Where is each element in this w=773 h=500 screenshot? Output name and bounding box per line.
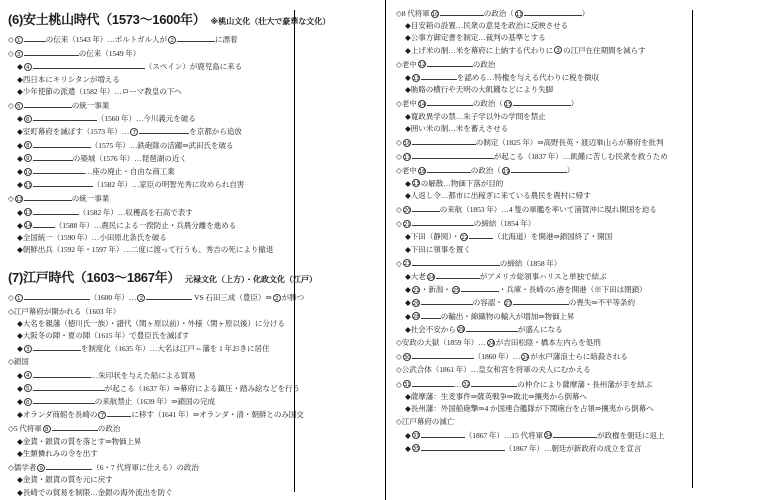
text-run: の政治	[98, 424, 120, 433]
text-run: ◆少年使節の派遣（1582 年）…ローマ教皇の下へ	[17, 87, 182, 96]
text-run: の統一事業	[72, 101, 109, 110]
worksheet-line: ◇23の締結（1858 年）	[396, 257, 690, 270]
text-run: （6・7 代将軍に仕える）の政治	[92, 463, 199, 472]
text-run: ◆	[17, 221, 23, 230]
worksheet-line: ◇17が起こる（1837 年）…飢饉に苦しむ民衆を救うため	[396, 150, 690, 163]
text-run: VS 石田三成（豊臣）⇒	[192, 293, 271, 302]
right-page-right-border	[692, 10, 693, 488]
text-run: …座の廃止・自由な商工業	[85, 167, 175, 176]
text-run: ・新潟・	[421, 285, 451, 294]
text-run: ◆目安箱の設置…民衆の意見を政治に反映させる	[405, 21, 568, 30]
section-heading-row: (6)安土桃山時代（1573～1600年）※桃山文化（壮大で豪華な文化）	[8, 9, 294, 29]
worksheet-line: ◆寛政異学の禁…朱子学以外の学問を禁止	[396, 111, 690, 123]
worksheet-line: ◆長州藩：外国船砲撃⇒4 か国連合艦隊が下関砲台を占領⇒攘夷から倒幕へ	[396, 403, 690, 415]
text-run: が盛んになる	[518, 325, 563, 334]
worksheet-line: ◆6の来航禁止（1639 年）⇒鎖国の完成	[8, 395, 294, 408]
fill-in-blank	[33, 219, 55, 228]
worksheet-line: ◆4…朱印状を与えた船による貿易	[8, 369, 294, 382]
text-run: の築城（1576 年）…琵琶湖の近く	[73, 154, 187, 163]
circled-number: 3	[554, 46, 562, 54]
worksheet-line: ◇江戸幕府が開かれる（1603 年）	[8, 306, 294, 318]
text-run: ◆賄賂の横行や天明の大飢饉などにより失脚	[405, 85, 553, 94]
text-run: （1860 年）…	[474, 352, 521, 361]
fill-in-blank	[412, 217, 474, 226]
worksheet-line: ◆9の築城（1576 年）…琵琶湖の近く	[8, 152, 294, 165]
text-run: の政治	[473, 60, 495, 69]
text-run: ）	[582, 9, 590, 18]
text-run: を制度化（1635 年）…大名は江戸⇔藩を 1 年おきに居住	[81, 344, 270, 353]
text-run: ◇安政の大獄（1859 年）…	[396, 338, 486, 347]
circled-number: 14	[418, 100, 426, 108]
circled-number: 11	[24, 181, 32, 189]
text-run: （北海道）を開港⇒鎖国終了・開国	[493, 232, 612, 241]
text-run: ◇	[8, 49, 14, 58]
text-run: ◆公事方御定書を制定…裁判の基準とする	[405, 33, 546, 42]
text-run: が勝つ	[282, 293, 304, 302]
worksheet-line: ◆公事方御定書を制定…裁判の基準とする	[396, 32, 690, 44]
text-run: ◆	[405, 312, 411, 321]
text-run: ◇老中	[396, 99, 417, 108]
text-run: が水戸藩浪士らに暗殺される	[530, 352, 627, 361]
fill-in-blank	[139, 125, 189, 134]
right-page-column: ◇8 代将軍10の政治（11）◆目安箱の設置…民衆の意見を政治に反映させる◆公事…	[396, 6, 690, 455]
text-run: の締結（1858 年）	[500, 259, 562, 268]
text-run: ◆寛政異学の禁…朱子学以外の学問を禁止	[405, 112, 546, 121]
circled-number: 24	[487, 339, 495, 347]
circled-number: 21	[403, 220, 411, 228]
text-run: が吉田松陰・橋本左内らを処刑	[496, 338, 601, 347]
text-run: ◆	[405, 298, 411, 307]
text-run: ◇	[396, 138, 402, 147]
fill-in-blank	[421, 429, 465, 438]
worksheet-line: ◆朝鮮出兵（1592 年・1597 年）…二度に渡って行うも、秀吉の死により撤退	[8, 244, 294, 256]
circled-number: 24	[427, 273, 435, 281]
worksheet-line: ◆下田に領事を置く	[396, 244, 690, 256]
worksheet-line: ◇21の締結（1854 年）	[396, 217, 690, 230]
text-run: （1588 年）…農民による一揆防止・兵農分離を進める	[55, 221, 236, 230]
text-run: ◆	[17, 384, 23, 393]
text-run: ◆	[17, 344, 23, 353]
text-run: が政権を朝廷に返上	[597, 431, 664, 440]
worksheet-line: ◆14（1588 年）…農民による一揆防止・兵農分離を進める	[8, 219, 294, 232]
text-run: ◆社会不安から	[405, 325, 456, 334]
worksheet-line: ◇老中12の政治	[396, 58, 690, 71]
text-run: ◆オランダ商館を長崎の	[17, 410, 97, 419]
worksheet-line: ◇5の統一事業	[8, 99, 294, 112]
text-run: ◆大阪冬の陣・夏の陣（1615 年）で豊臣氏を滅ぼす	[17, 331, 189, 340]
worksheet-line: ◆大阪冬の陣・夏の陣（1615 年）で豊臣氏を滅ぼす	[8, 330, 294, 342]
fill-in-blank	[421, 442, 505, 451]
section-title: (7)江戸時代（1603～1867年）	[8, 270, 180, 285]
fill-in-blank	[436, 270, 480, 279]
circled-number: 12	[15, 195, 23, 203]
text-run: ◆	[405, 431, 411, 440]
worksheet-line: ◆4（スペイン）が鹿児島に来る	[8, 60, 294, 73]
worksheet-line: ◆13を認める…特権を与える代わりに税を徴収	[396, 71, 690, 84]
text-run: ◇	[396, 380, 402, 389]
text-run: （1575 年）…鉄砲隊の活躍⇒武田氏を破る	[91, 141, 234, 150]
text-run: ◇	[396, 259, 402, 268]
text-run: を認める…特権を与える代わりに税を徴収	[457, 73, 599, 82]
worksheet-line: ◆少年使節の派遣（1582 年）…ローマ教皇の下へ	[8, 86, 294, 98]
fill-in-blank	[427, 164, 471, 173]
circled-number: 7	[130, 128, 138, 136]
page-divider-line	[385, 0, 386, 500]
text-run: ◇	[396, 205, 402, 214]
worksheet-line: ◆6（1560 年）…今川義元を破る	[8, 112, 294, 125]
circled-number: 4	[24, 371, 32, 379]
worksheet-line: ◇1の伝来（1543 年）…ポルトガル人が2に漂着	[8, 33, 294, 46]
text-run: ◇江戸幕府が開かれる（1603 年）	[8, 307, 120, 316]
text-run: （1582 年）…家臣の明智光秀に攻められ自害	[93, 180, 244, 189]
text-run: ◆下田に領事を置く	[405, 245, 471, 254]
text-run: の政治（	[473, 99, 503, 108]
worksheet-line: ◆26の容認・27の喪失⇒不平等条約	[396, 296, 690, 309]
text-run: に漂着	[215, 35, 237, 44]
worksheet-line: ◆大名を親藩（徳川氏一族）・譜代（関ヶ原以前）・外様（関ヶ原以後）に分ける	[8, 318, 294, 330]
fill-in-blank	[33, 342, 81, 351]
fill-in-blank	[33, 139, 91, 148]
worksheet-line: ◇老中14の政治（15）	[396, 97, 690, 110]
text-run: ◇儒学者	[8, 463, 36, 472]
circled-number: 1	[15, 294, 23, 302]
circled-number: 9	[37, 464, 45, 472]
fill-in-blank	[421, 296, 473, 305]
circled-number: 26	[412, 299, 420, 307]
text-run: ◇公武合体（1861 年）…皇女和宮を将軍の夫人にむかえる	[396, 365, 591, 374]
circled-number: 31	[403, 380, 411, 388]
worksheet-line: ◆22・新潟・25・兵庫・長崎の5 港を開港（※下田は閉鎖）	[396, 283, 690, 296]
circled-number: 13	[24, 208, 32, 216]
text-run: の仲介により薩摩藩・長州藩が手を結ぶ	[517, 380, 652, 389]
text-run: ◆上げ米の制…米を幕府に上納する代わりに	[405, 46, 553, 55]
fill-in-blank	[427, 58, 473, 67]
text-run: ・兵庫・長崎の5 港を開港（※下田は閉鎖）	[499, 285, 647, 294]
fill-in-blank	[412, 203, 440, 212]
fill-in-blank	[461, 283, 499, 292]
fill-in-blank	[24, 33, 46, 42]
text-run: …朱印状を与えた船による貿易	[91, 371, 196, 380]
worksheet-line: ◆35（1867 年）…朝廷が新政府の成立を宣言	[396, 442, 690, 455]
fill-in-blank	[421, 71, 457, 80]
worksheet-line: ◇30（1860 年）…24が水戸藩浪士らに暗殺される	[396, 350, 690, 363]
text-run: が起こる（1637 年）⇒幕府による鎮圧・踏み絵などを行う	[105, 384, 300, 393]
text-run: の政治（	[471, 166, 501, 175]
text-run: ◆	[405, 285, 411, 294]
circled-number: 33	[412, 431, 420, 439]
text-run: ◇	[8, 101, 14, 110]
text-run: ◆囲い米の制…米を蓄えさせる	[405, 124, 508, 133]
worksheet-line: ◇1（1600 年）…2 VS 石田三成（豊臣）⇒2が勝つ	[8, 291, 294, 304]
circled-number: 18	[418, 167, 426, 175]
text-run: ◆西日本にキリシタンが増える	[17, 75, 120, 84]
worksheet-line: ◇江戸幕府の滅亡	[396, 416, 690, 428]
text-run: ◆金貨・銀貨の質を元に戻す	[17, 475, 113, 484]
worksheet-line: ◆賄賂の横行や天明の大飢饉などにより失脚	[396, 84, 690, 96]
text-run: ◇5 代将軍	[8, 424, 42, 433]
text-run: の伝来（1543 年）…ポルトガル人が	[46, 35, 167, 44]
text-run: ◇老中	[396, 166, 417, 175]
fill-in-blank	[33, 165, 85, 174]
text-run: ◆下田（静岡）・	[405, 232, 459, 241]
text-run: ◆生類憐れみの令を出す	[17, 449, 98, 458]
worksheet-line: ◇31…32の仲介により薩摩藩・長州藩が手を結ぶ	[396, 378, 690, 391]
circled-number: 9	[24, 154, 32, 162]
circled-number: 13	[412, 74, 420, 82]
text-run: ◆大老	[405, 272, 426, 281]
circled-number: 12	[418, 60, 426, 68]
fill-in-blank	[513, 296, 569, 305]
text-run: に移す（1641 年）⇒オランダ・清・朝鮮とのみ国交	[131, 410, 303, 419]
worksheet-line: ◆全国統一（1590 年）…小田原北条氏を破る	[8, 232, 294, 244]
circled-number: 8	[24, 141, 32, 149]
worksheet-line: ◆室町幕府を滅ぼす（1573 年）…7を京都から追放	[8, 125, 294, 138]
circled-number: 2	[168, 36, 176, 44]
worksheet-line: ◆13の解散…物価下落が目的	[396, 178, 690, 190]
text-run: ◆人返し令…都市に出稼ぎに来ている農民を農村に帰す	[405, 191, 591, 200]
text-run: の締結（1854 年）	[474, 219, 536, 228]
fill-in-blank	[421, 310, 441, 319]
circled-number: 3	[24, 345, 32, 353]
text-run: ◆	[17, 114, 23, 123]
text-run: ◆朝鮮出兵（1592 年・1597 年）…二度に渡って行うも、秀吉の死により撤退	[17, 245, 273, 254]
worksheet-line: ◆薩摩藩：生麦事件⇒薩英戦争⇒敗北⇒攘夷から倒幕へ	[396, 391, 690, 403]
text-run: ◇8 代将軍	[396, 9, 430, 18]
fill-in-blank	[33, 206, 79, 215]
text-run: の喪失⇒不平等条約	[569, 298, 635, 307]
fill-in-blank	[412, 136, 476, 145]
section-title: (6)安土桃山時代（1573～1600年）	[8, 12, 205, 27]
circled-number: 20	[403, 206, 411, 214]
text-run: の政治（	[484, 9, 514, 18]
text-run: ◇	[396, 152, 402, 161]
text-run: ◇	[8, 194, 14, 203]
worksheet-line: ◆金貨・銀貨の質を落とす⇒物価上昇	[8, 436, 294, 448]
text-run: （1867 年）…朝廷が新政府の成立を宣言	[505, 444, 641, 453]
worksheet-line: ◇8 代将軍10の政治（11）	[396, 7, 690, 20]
fill-in-blank	[466, 323, 518, 332]
text-run: が起こる（1837 年）…飢饉に苦しむ民衆を救うため	[494, 152, 668, 161]
worksheet-line: ◆28の輸出・綿織物の輸入が増加⇒物価上昇	[396, 310, 690, 323]
text-run: ◆金貨・銀貨の質を落とす⇒物価上昇	[17, 437, 141, 446]
fill-in-blank	[33, 152, 73, 161]
worksheet-line: ◆大老24がアメリカ総領事ハリスと単独で結ぶ	[396, 270, 690, 283]
circled-number: 17	[403, 153, 411, 161]
circled-number: 11	[515, 10, 523, 18]
worksheet-line: ◆囲い米の制…米を蓄えさせる	[396, 123, 690, 135]
text-run: の来航（1853 年）…4 隻の軍艦を率いて浦賀沖に現れ開国を迫る	[440, 205, 657, 214]
fill-in-blank	[24, 99, 72, 108]
circled-number: 13	[412, 179, 420, 187]
worksheet-line: ◆下田（静岡）・22（北海道）を開港⇒鎖国終了・開国	[396, 230, 690, 243]
text-run: の来航禁止（1639 年）⇒鎖国の完成	[95, 397, 215, 406]
fill-in-blank	[24, 291, 90, 300]
fill-in-blank	[33, 382, 105, 391]
circled-number: 27	[504, 299, 512, 307]
circled-number: 7	[98, 411, 106, 419]
circled-number: 24	[521, 353, 529, 361]
worksheet-line: ◇16の制定（1825 年）⇒高野長英・渡辺崋山らが幕府を批判	[396, 136, 690, 149]
worksheet-line: ◆3を制度化（1635 年）…大名は江戸⇔藩を 1 年おきに居住	[8, 342, 294, 355]
text-run: ◆	[17, 397, 23, 406]
text-run: ）	[567, 166, 575, 175]
text-run: （1600 年）…	[90, 293, 137, 302]
text-run: ◆全国統一（1590 年）…小田原北条氏を破る	[17, 233, 167, 242]
text-run: ◆長崎での貿易を制限…金銀の海外流出を防ぐ	[17, 488, 173, 497]
worksheet-line: ◆生類憐れみの令を出す	[8, 448, 294, 460]
worksheet-line: ◇3の伝来（1549 年）	[8, 47, 294, 60]
text-run: の江戸在住期間を減らす	[563, 46, 645, 55]
worksheet-line: ◆オランダ商館を長崎の7に移す（1641 年）⇒オランダ・清・朝鮮とのみ国交	[8, 408, 294, 421]
worksheet-line: ◆8（1575 年）…鉄砲隊の活躍⇒武田氏を破る	[8, 139, 294, 152]
fill-in-blank	[46, 461, 92, 470]
circled-number: 34	[544, 431, 552, 439]
text-run: ◆	[17, 62, 23, 71]
worksheet-line: ◆西日本にキリシタンが増える	[8, 74, 294, 86]
fill-in-blank	[146, 291, 192, 300]
circled-number: 4	[24, 63, 32, 71]
text-run: ◆	[17, 141, 23, 150]
section-heading-row: (7)江戸時代（1603～1867年）元禄文化（上方）・化政文化（江戸）	[8, 267, 294, 287]
worksheet-line: ◇儒学者9（6・7 代将軍に仕える）の政治	[8, 461, 294, 474]
circled-number: 25	[452, 286, 460, 294]
worksheet-line: ◆33（1867 年）…15 代将軍34が政権を朝廷に返上	[396, 429, 690, 442]
fill-in-blank	[24, 47, 79, 56]
circled-number: 5	[15, 102, 23, 110]
fill-in-blank	[412, 150, 494, 159]
circled-number: 15	[504, 100, 512, 108]
circled-number: 16	[403, 139, 411, 147]
text-run: ◆	[17, 180, 23, 189]
circled-number: 3	[15, 50, 23, 58]
text-run: の解散…物価下落が目的	[421, 179, 503, 188]
worksheet-line: ◇鎖国	[8, 356, 294, 368]
text-run: の容認・	[473, 298, 503, 307]
text-run: ◇	[8, 35, 14, 44]
circled-number: 19	[502, 167, 510, 175]
text-run: の制定（1825 年）⇒高野長英・渡辺崋山らが幕府を批判	[476, 138, 664, 147]
fill-in-blank	[33, 112, 97, 121]
circled-number: 14	[24, 221, 32, 229]
text-run: ◆	[17, 154, 23, 163]
worksheet-line: ◆金貨・銀貨の質を元に戻す	[8, 474, 294, 486]
worksheet-line: ◆10…座の廃止・自由な商工業	[8, 165, 294, 178]
text-run: の輸出・綿織物の輸入が増加⇒物価上昇	[441, 312, 575, 321]
circled-number: 1	[15, 36, 23, 44]
text-run: …	[454, 380, 462, 389]
circled-number: 10	[24, 168, 32, 176]
text-run: （1867 年）…15 代将軍	[465, 431, 543, 440]
text-run: ◇	[396, 219, 402, 228]
worksheet-line: ◇20の来航（1853 年）…4 隻の軍艦を率いて浦賀沖に現れ開国を迫る	[396, 203, 690, 216]
fill-in-blank	[24, 192, 72, 201]
worksheet-line: ◆社会不安から29が盛んになる	[396, 323, 690, 336]
worksheet-line: ◇安政の大獄（1859 年）…24が吉田松陰・橋本左内らを処刑	[396, 337, 690, 349]
text-run: ◆室町幕府を滅ぼす（1573 年）…	[17, 127, 129, 136]
text-run: の伝来（1549 年）	[79, 49, 141, 58]
fill-in-blank	[412, 378, 454, 387]
text-run: （1560 年）…今川義元を破る	[97, 114, 196, 123]
fill-in-blank	[52, 422, 98, 431]
text-run: （1582 年）…収穫高を石高で表す	[79, 208, 193, 217]
left-page-column: (6)安土桃山時代（1573～1600年）※桃山文化（壮大で豪華な文化）◇1の伝…	[8, 6, 294, 499]
text-run: ◇老中	[396, 60, 417, 69]
circled-number: 29	[457, 325, 465, 333]
worksheet-line: ◆13（1582 年）…収穫高を石高で表す	[8, 206, 294, 219]
text-run: ◆	[405, 444, 411, 453]
fill-in-blank	[524, 7, 582, 16]
circled-number: 23	[403, 259, 411, 267]
text-run: ）	[571, 99, 579, 108]
text-run: ◆長州藩：外国船砲撃⇒4 か国連合艦隊が下関砲台を占領⇒攘夷から倒幕へ	[405, 404, 654, 413]
worksheet-line: ◇5 代将軍8の政治	[8, 422, 294, 435]
text-run: がアメリカ総領事ハリスと単独で結ぶ	[480, 272, 607, 281]
fill-in-blank	[471, 378, 517, 387]
fill-in-blank	[107, 408, 131, 417]
fill-in-blank	[33, 369, 91, 378]
text-run: ◆	[405, 179, 411, 188]
worksheet-line: ◆11（1582 年）…家臣の明智光秀に攻められ自害	[8, 178, 294, 191]
circled-number: 6	[24, 398, 32, 406]
circled-number: 10	[431, 10, 439, 18]
fill-in-blank	[440, 7, 484, 16]
fill-in-blank	[412, 350, 474, 359]
text-run: （スペイン）が鹿児島に来る	[145, 62, 242, 71]
text-run: ◇	[396, 352, 402, 361]
fill-in-blank	[33, 178, 93, 187]
fill-in-blank	[33, 395, 95, 404]
fill-in-blank	[412, 257, 500, 266]
circled-number: 22	[460, 233, 468, 241]
worksheet-line: ◇公武合体（1861 年）…皇女和宮を将軍の夫人にむかえる	[396, 364, 690, 376]
worksheet-line: ◇老中18の政治（19）	[396, 164, 690, 177]
text-run: の統一事業	[72, 194, 109, 203]
section-culture-note: 元禄文化（上方）・化政文化（江戸）	[185, 275, 317, 284]
circled-number: 22	[412, 286, 420, 294]
circled-number: 2	[273, 294, 281, 302]
worksheet-line: ◆目安箱の設置…民衆の意見を政治に反映させる	[396, 20, 690, 32]
fill-in-blank	[33, 60, 145, 69]
text-run: ◆薩摩藩：生麦事件⇒薩英戦争⇒敗北⇒攘夷から倒幕へ	[405, 392, 587, 401]
worksheet-line: ◆人返し令…都市に出稼ぎに来ている農民を農村に帰す	[396, 190, 690, 202]
worksheet-line: ◇12の統一事業	[8, 192, 294, 205]
circled-number: 30	[403, 353, 411, 361]
worksheet-line: ◆5が起こる（1637 年）⇒幕府による鎮圧・踏み絵などを行う	[8, 382, 294, 395]
circled-number: 6	[24, 115, 32, 123]
fill-in-blank	[511, 164, 567, 173]
circled-number: 35	[412, 444, 420, 452]
fill-in-blank	[177, 33, 215, 42]
fill-in-blank	[553, 429, 597, 438]
circled-number: 8	[43, 425, 51, 433]
fill-in-blank	[427, 97, 473, 106]
worksheet-line: ◆長崎での貿易を制限…金銀の海外流出を防ぐ	[8, 487, 294, 499]
circled-number: 28	[412, 312, 420, 320]
fill-in-blank	[469, 230, 493, 239]
text-run: を京都から追放	[189, 127, 241, 136]
text-run: ◆	[17, 371, 23, 380]
text-run: ◇	[8, 293, 14, 302]
text-run: ◆大名を親藩（徳川氏一族）・譜代（関ヶ原以前）・外様（関ヶ原以後）に分ける	[17, 319, 285, 328]
circled-number: 2	[137, 294, 145, 302]
section-culture-note: ※桃山文化（壮大で豪華な文化）	[210, 17, 330, 26]
text-run: ◇鎖国	[8, 357, 29, 366]
text-run: ◆	[17, 167, 23, 176]
circled-number: 5	[24, 384, 32, 392]
circled-number: 32	[462, 380, 470, 388]
text-run: ◆	[405, 73, 411, 82]
worksheet-line: ◆上げ米の制…米を幕府に上納する代わりに3の江戸在住期間を減らす	[396, 45, 690, 57]
